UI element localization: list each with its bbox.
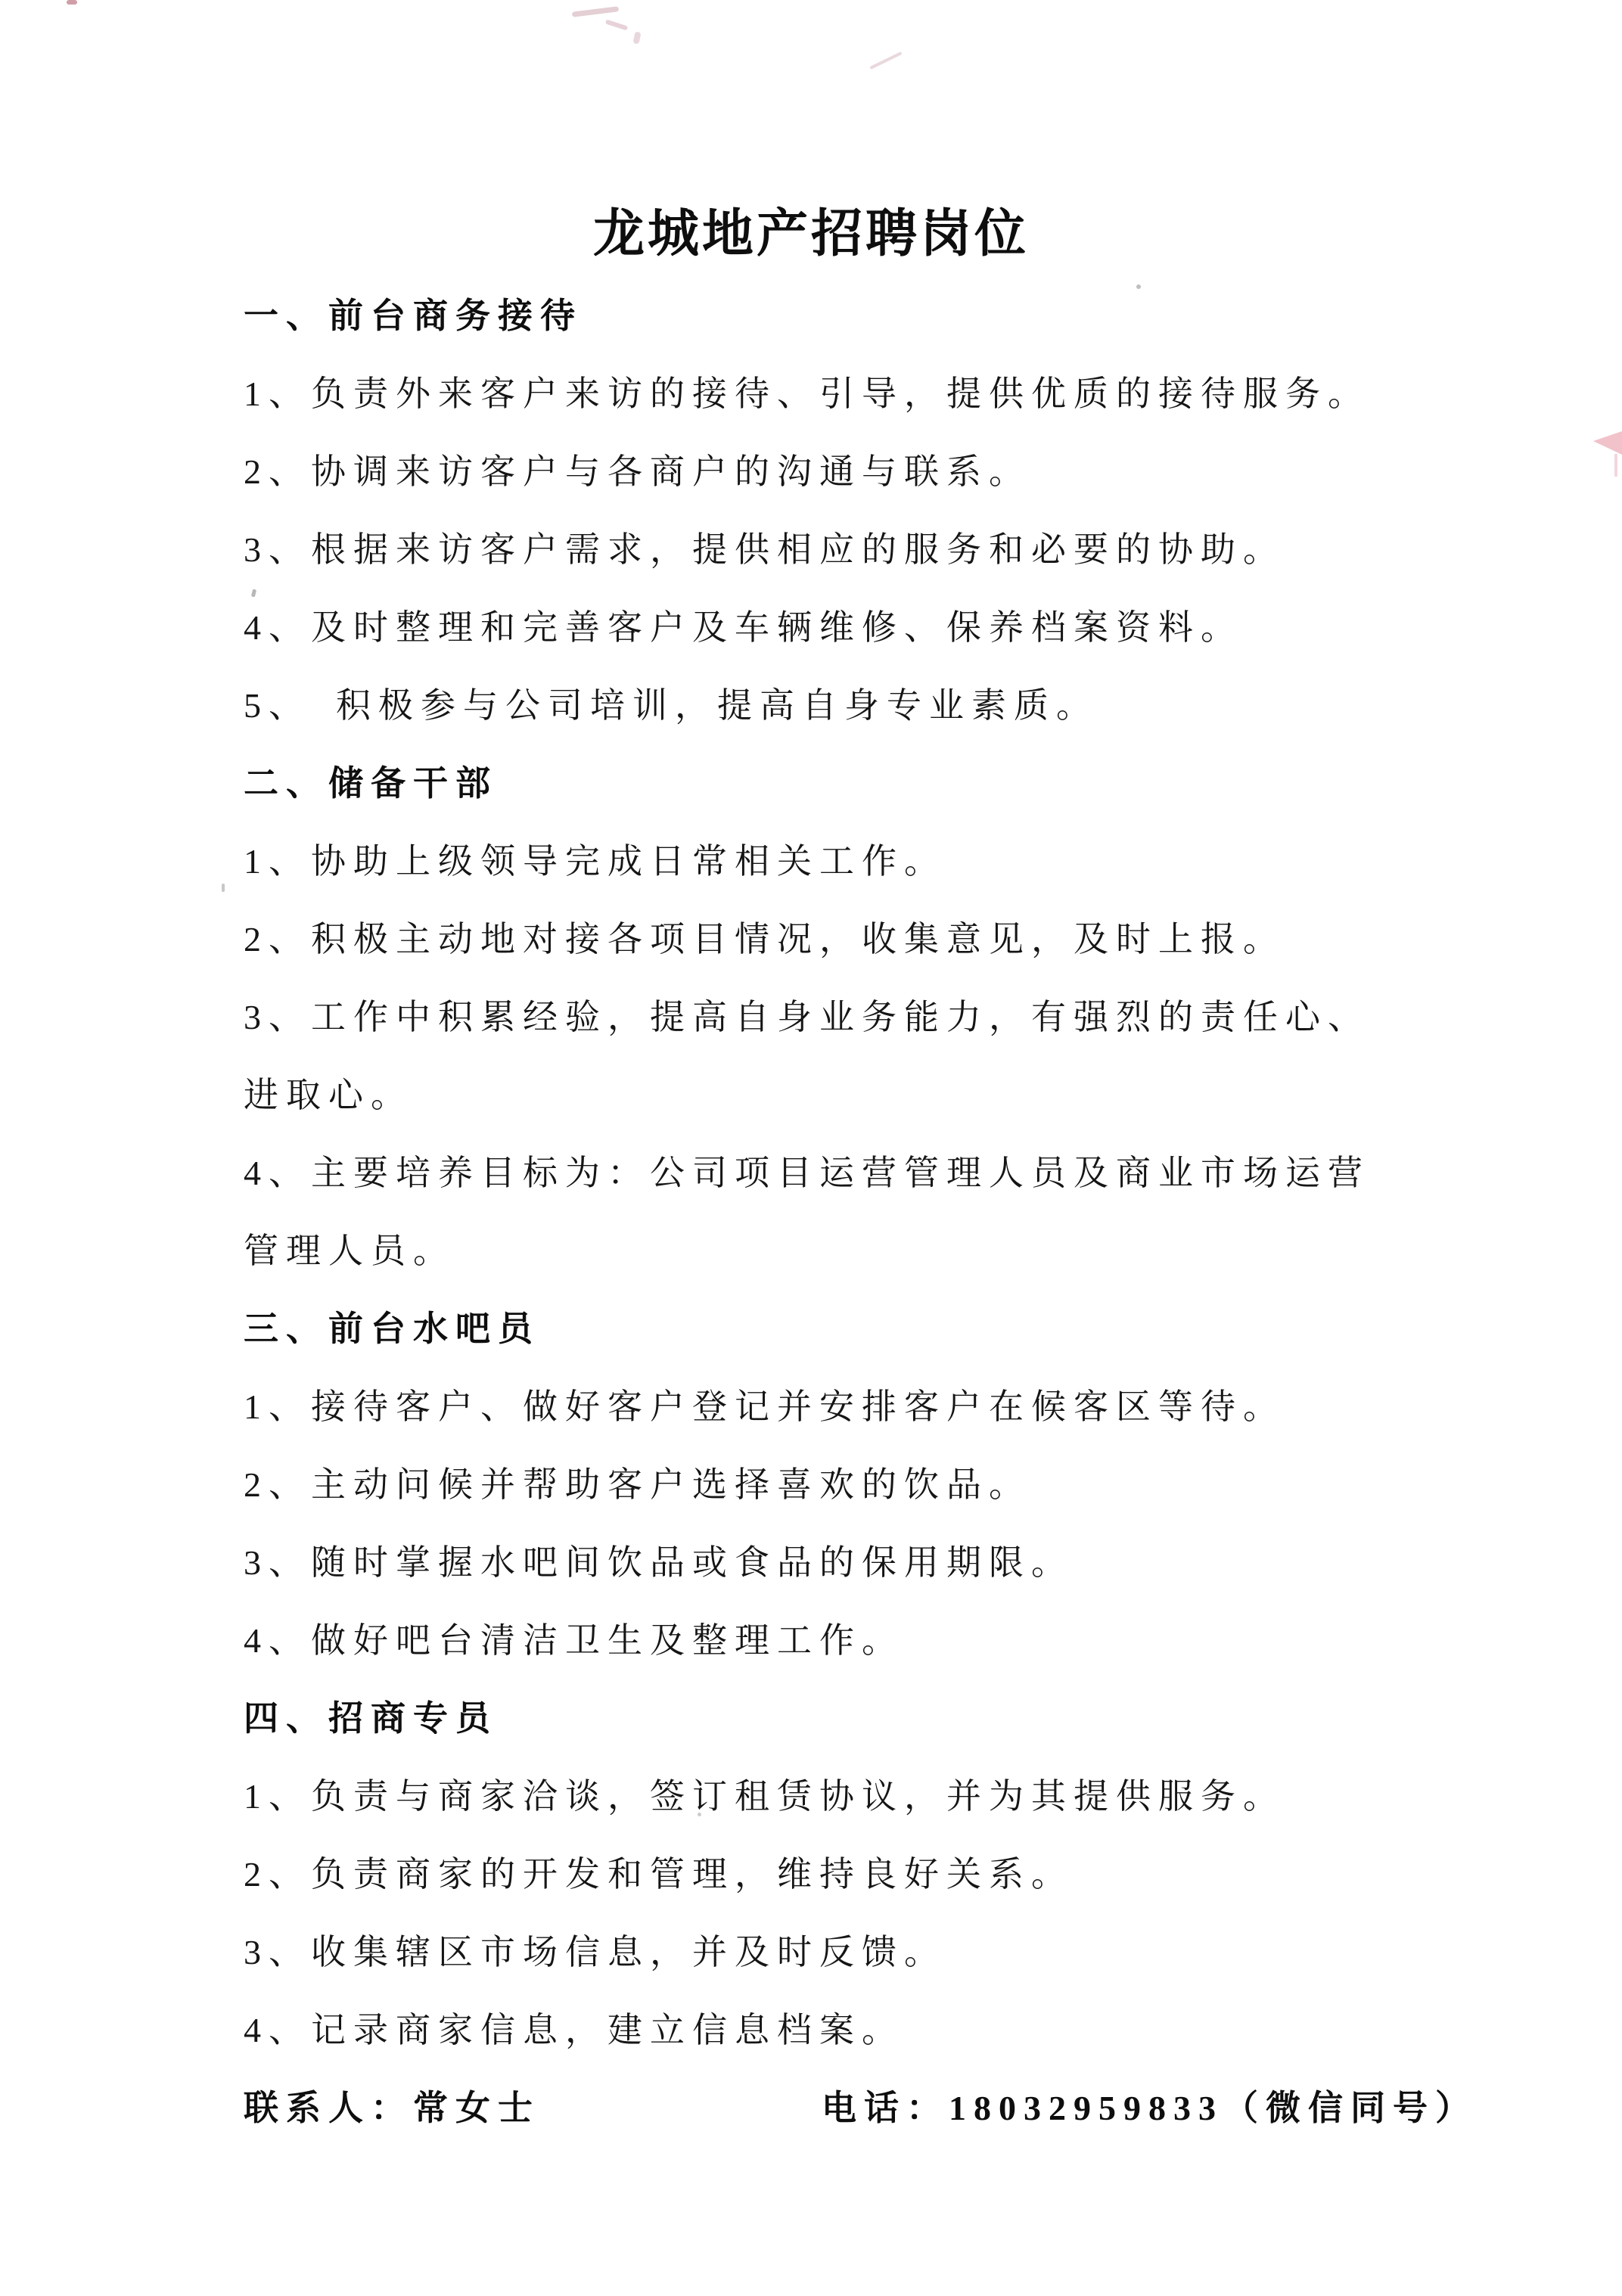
scan-smudge: [869, 51, 902, 70]
duty-item: 4、主要培养目标为：公司项目运营管理人员及商业市场运营管理人员。: [244, 1134, 1409, 1290]
duty-item: 3、随时掌握水吧间饮品或食品的保用期限。: [244, 1524, 1409, 1602]
scanned-document-page: 龙城地产招聘岗位 一、前台商务接待 1、负责外来客户来访的接待、引导，提供优质的…: [0, 0, 1622, 2296]
duty-item: 3、收集辖区市场信息，并及时反馈。: [244, 1913, 1409, 1991]
duty-item: 2、负责商家的开发和管理，维持良好关系。: [244, 1835, 1409, 1913]
duty-item: 5、 积极参与公司培训，提高自身专业素质。: [244, 666, 1409, 744]
section-heading-water-bar: 三、前台水吧员: [244, 1290, 1409, 1368]
duty-item: 1、负责外来客户来访的接待、引导，提供优质的接待服务。: [244, 355, 1409, 433]
duty-item: 4、做好吧台清洁卫生及整理工作。: [244, 1602, 1409, 1679]
duty-item: 3、根据来访客户需求，提供相应的服务和必要的协助。: [244, 511, 1409, 589]
scan-pink-mark: [1614, 454, 1617, 477]
duty-item: 2、协调来访客户与各商户的沟通与联系。: [244, 433, 1409, 511]
contact-row: 联系人：常女士 电话：18032959833（微信同号）: [244, 2069, 1409, 2147]
duty-item: 1、接待客户、做好客户登记并安排客户在候客区等待。: [244, 1368, 1409, 1446]
scan-pink-mark: [1593, 431, 1622, 455]
duty-item: 4、及时整理和完善客户及车辆维修、保养档案资料。: [244, 589, 1409, 666]
duty-item: 1、负责与商家洽谈，签订租赁协议，并为其提供服务。: [244, 1757, 1409, 1835]
scan-smudge: [605, 20, 628, 31]
scan-speck: [222, 884, 225, 892]
section-heading-reception: 一、前台商务接待: [244, 277, 1409, 355]
duty-item: 2、积极主动地对接各项目情况，收集意见，及时上报。: [244, 900, 1409, 978]
duty-item: 1、协助上级领导完成日常相关工作。: [244, 822, 1409, 900]
duty-item: 2、主动问候并帮助客户选择喜欢的饮品。: [244, 1446, 1409, 1524]
scan-smudge: [67, 0, 77, 5]
document-body: 一、前台商务接待 1、负责外来客户来访的接待、引导，提供优质的接待服务。 2、协…: [244, 277, 1409, 2147]
scan-smudge: [632, 31, 641, 44]
document-title: 龙城地产招聘岗位: [0, 191, 1622, 278]
section-heading-merchant-specialist: 四、招商专员: [244, 1679, 1409, 1757]
contact-person: 联系人：常女士: [244, 2089, 540, 2127]
duty-item: 3、工作中积累经验，提高自身业务能力，有强烈的责任心、进取心。: [244, 978, 1409, 1134]
contact-phone: 电话：18032959833（微信同号）: [822, 2069, 1478, 2147]
section-heading-reserve-cadre: 二、储备干部: [244, 744, 1409, 822]
duty-item: 4、记录商家信息，建立信息档案。: [244, 1991, 1409, 2069]
scan-smudge: [572, 6, 619, 17]
